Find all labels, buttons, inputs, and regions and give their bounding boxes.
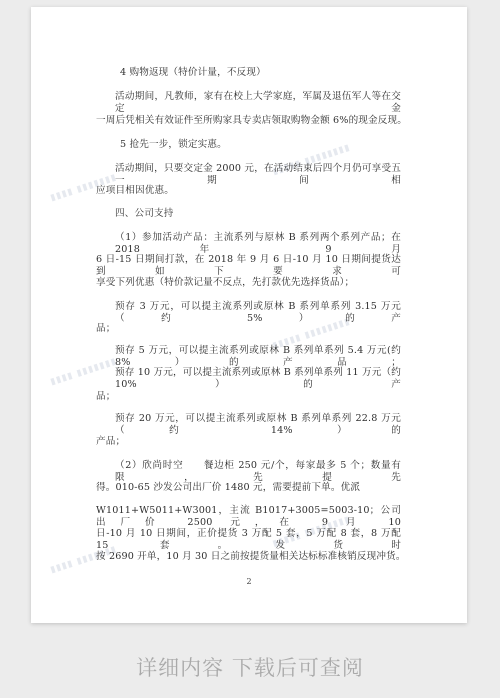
document-line: 6 日-15 日期间打款，在 2018 年 9 月 6 日-10 月 10 日期… <box>96 254 401 278</box>
document-line: 日-10 月 10 日期间，正价提货 3 万配 5 套，5 万配 8 套，8 万… <box>96 528 401 552</box>
document-line: 预存 5 万元，可以提主流系列或原林 B 系列单系列 5.4 万元(约 8%）的… <box>115 345 401 369</box>
document-line: 得。010-65 沙发公司出厂价 1480 元，需要提前下单。优派 <box>96 482 406 494</box>
document-line: 品； <box>96 323 406 335</box>
document-line: （2）欣尚时空 餐边柜 250 元/个，每家最多 5 个；数量有限，先提先 <box>115 460 401 484</box>
document-line: 活动期间，只要交定金 2000 元，在活动结束后四个月仍可享受五一期间相 <box>115 163 401 187</box>
document-line: 预存 10 万元，可以提主流系列或原林 B 系列单系列 11 万元（约 10%）… <box>115 367 401 391</box>
watermark: ▮▮▮▮ ▮▮▮▮▮▮▮ <box>49 357 118 388</box>
document-line: 四、公司支持 <box>115 208 425 220</box>
download-prompt-caption: 详细内容 下载后可查阅 <box>0 652 500 682</box>
document-line: W1011+W5011+W3001，主流 B1017+3005=5003-10；… <box>96 505 401 529</box>
document-line: 应项目相因优惠。 <box>96 185 406 197</box>
page-number: 2 <box>31 577 467 586</box>
document-line: 预存 20 万元，可以提主流系列或原林 B 系列单系列 22.8 万元（约 14… <box>115 413 401 437</box>
document-page: ▮▮▮▮ ▮▮▮▮▮▮▮ ▮▮▮▮▮ ▮▮▮▮▮▮▮▮ ▮▮▮▮ ▮▮▮▮▮▮▮… <box>31 7 467 623</box>
document-line: 4 购物返现（特价计量，不反现） <box>120 67 430 79</box>
document-line: 活动期间，凡教师，家有在校上大学家庭，军属及退伍军人等在交定金 <box>115 91 401 115</box>
document-line: 预存 3 万元，可以提主流系列或原林 B 系列单系列 3.15 万元（约 5%）… <box>115 301 401 325</box>
document-line: 产品； <box>96 436 406 448</box>
document-line: 一周后凭相关有效证件至所购家具专卖店领取购物金额 6%的现金反现。 <box>96 115 406 127</box>
document-line: （1）参加活动产品：主流系列与原林 B 系列两个系列产品；在 2018 年 9 … <box>115 232 401 256</box>
document-line: 品； <box>96 391 406 403</box>
document-line: 享受下列优惠（特价款记量不反点，先打款优先选择货品）； <box>96 277 406 289</box>
document-line: 5 抢先一步，锁定实惠。 <box>120 139 430 151</box>
document-line: 按 2690 开单，10 月 30 日之前按提货量相关达标标准核销反现冲货。 <box>96 551 406 563</box>
